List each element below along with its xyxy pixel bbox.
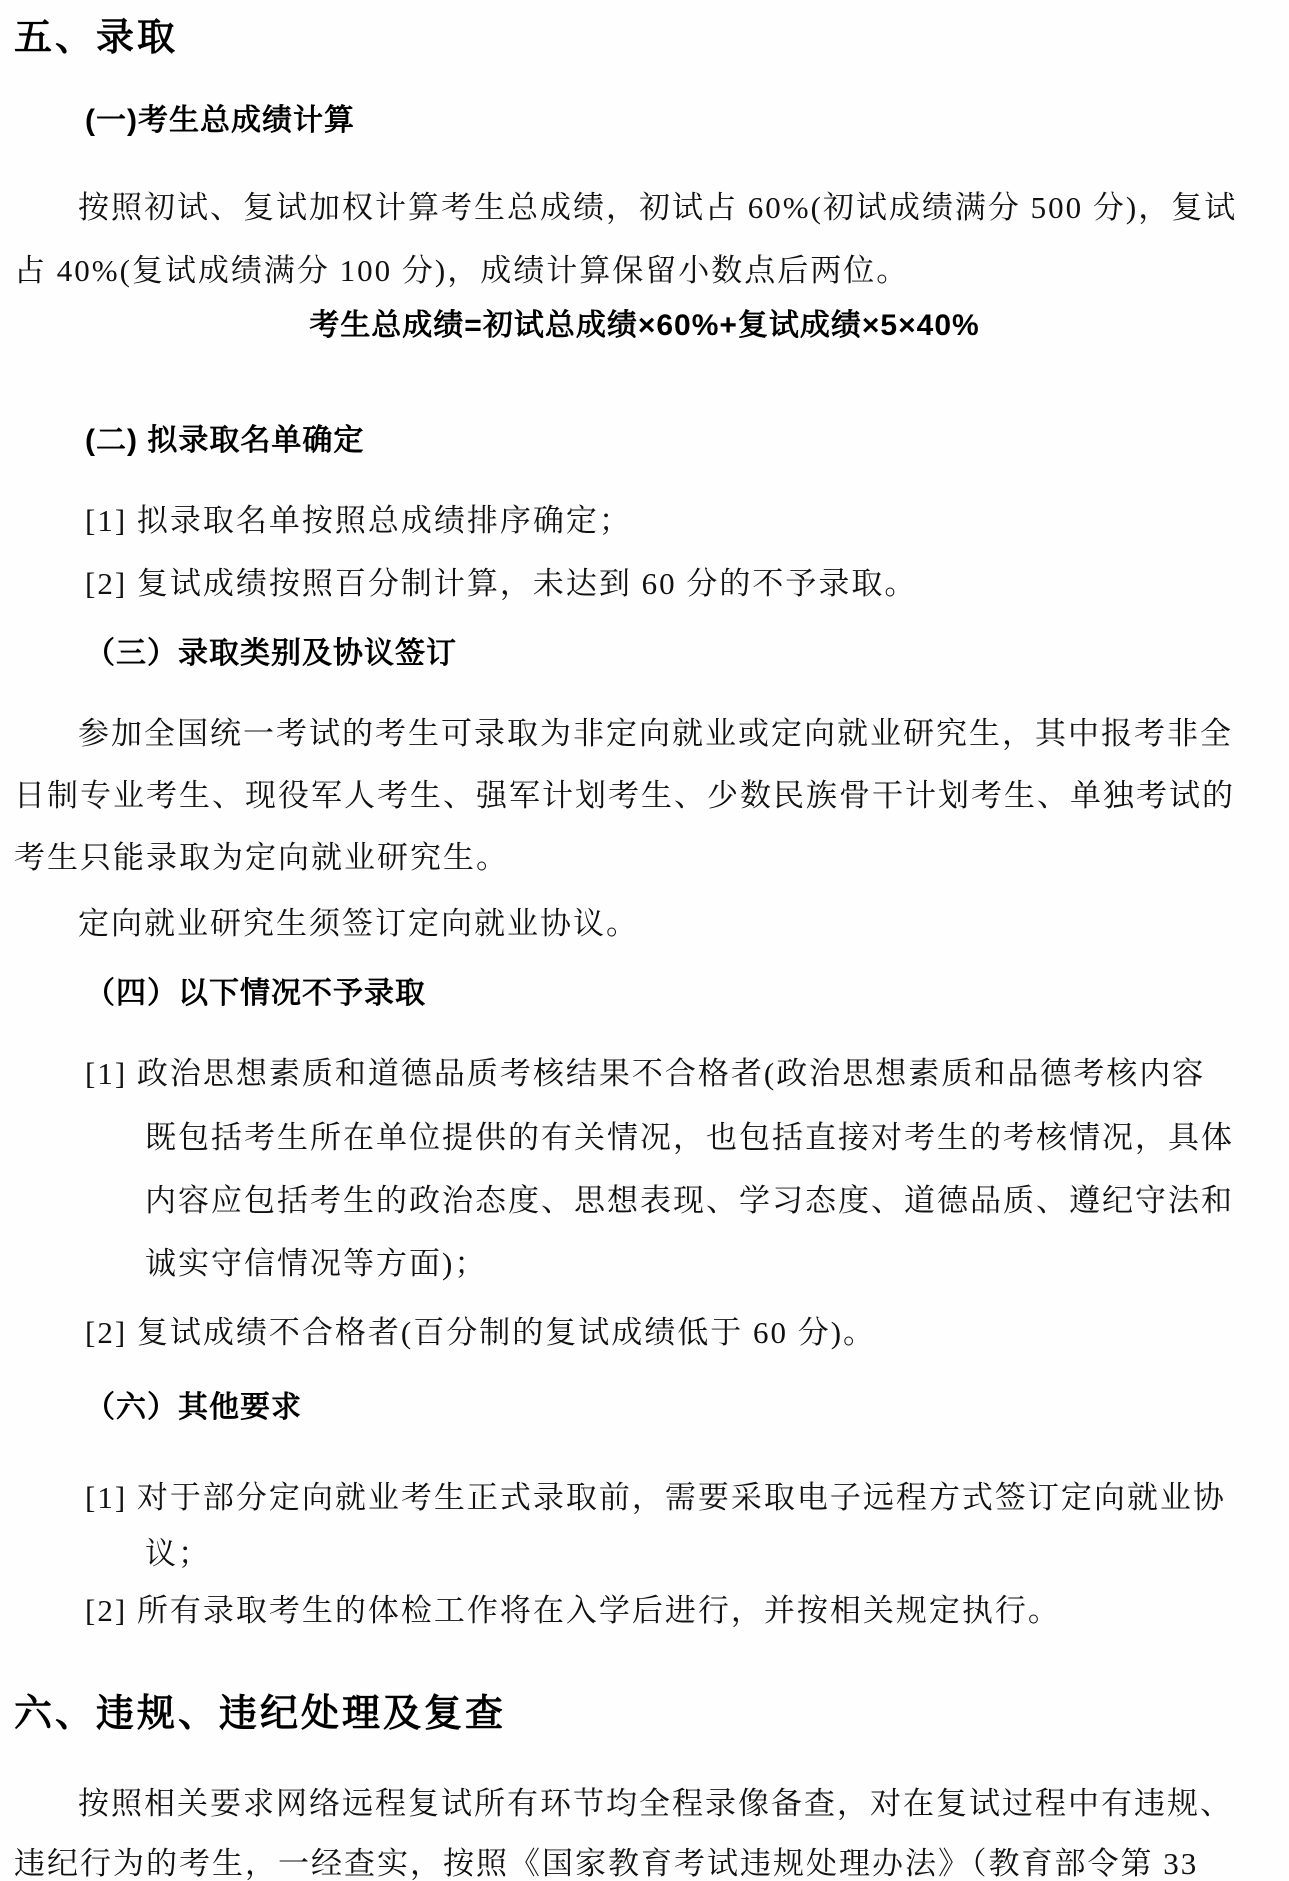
document-page: 五、录取 (一)考生总成绩计算 按照初试、复试加权计算考生总成绩，初试占 60%… [0,0,1289,1881]
not-admitted-heading: （四）以下情况不予录取 [85,968,426,1012]
category-line-1: 参加全国统一考试的考生可录取为非定向就业或定向就业研究生，其中报考非全 [78,708,1233,753]
violation-line-1: 按照相关要求网络远程复试所有环节均全程录像备查，对在复试过程中有违规、 [78,1778,1233,1823]
category-agreement-line: 定向就业研究生须签订定向就业协议。 [78,898,639,943]
total-score-heading: (一)考生总成绩计算 [85,95,355,139]
other-requirements-item-1-line-2: 议； [145,1528,211,1573]
total-score-line-2: 占 40%(复试成绩满分 100 分)，成绩计算保留小数点后两位。 [14,245,909,290]
admission-list-heading: (二) 拟录取名单确定 [85,415,364,459]
not-admitted-item-1-line-1: [1] 政治思想素质和道德品质考核结果不合格者(政治思想素质和品德考核内容 [85,1048,1205,1093]
category-heading: （三）录取类别及协议签订 [85,628,457,672]
admission-list-item-1: [1] 拟录取名单按照总成绩排序确定； [85,495,632,540]
total-score-line-1: 按照初试、复试加权计算考生总成绩，初试占 60%(初试成绩满分 500 分)，复… [78,182,1237,227]
other-requirements-item-2: [2] 所有录取考生的体检工作将在入学后进行，并按相关规定执行。 [85,1585,1061,1630]
total-score-formula: 考生总成绩=初试总成绩×60%+复试成绩×5×40% [0,300,1289,344]
not-admitted-item-1-line-3: 内容应包括考生的政治态度、思想表现、学习态度、道德品质、遵纪守法和 [145,1175,1234,1220]
section-6-title: 六、违规、违纪处理及复查 [14,1682,506,1737]
other-requirements-item-1-line-1: [1] 对于部分定向就业考生正式录取前，需要采取电子远程方式签订定向就业协 [85,1472,1226,1517]
section-5-title: 五、录取 [14,6,178,61]
other-requirements-heading: （六）其他要求 [85,1382,302,1426]
not-admitted-item-2: [2] 复试成绩不合格者(百分制的复试成绩低于 60 分)。 [85,1307,876,1352]
violation-line-2: 违纪行为的考生，一经查实，按照《国家教育考试违规处理办法》（教育部令第 33 [14,1838,1198,1881]
not-admitted-item-1-line-4: 诚实守信情况等方面)； [145,1238,487,1283]
category-line-2: 日制专业考生、现役军人考生、强军计划考生、少数民族骨干计划考生、单独考试的 [14,770,1235,815]
admission-list-item-2: [2] 复试成绩按照百分制计算，未达到 60 分的不予录取。 [85,558,917,603]
not-admitted-item-1-line-2: 既包括考生所在单位提供的有关情况，也包括直接对考生的考核情况，具体 [145,1112,1234,1157]
category-line-3: 考生只能录取为定向就业研究生。 [14,832,509,877]
